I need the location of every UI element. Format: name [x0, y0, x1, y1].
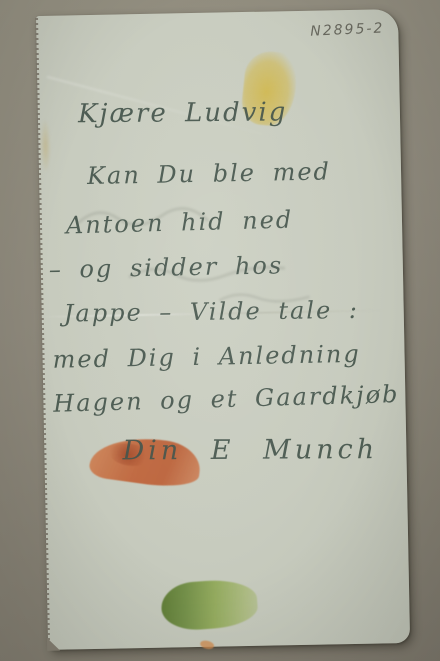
perforated-edge [35, 18, 50, 646]
handwriting-line-1: Kjære Ludvig [78, 97, 288, 129]
signature: Din E Munch [123, 434, 379, 466]
photo-background: N2895-2 Kjære Ludvig Kan Du ble med Anto… [0, 0, 440, 661]
bottom-left-corner-cut [47, 638, 60, 651]
handwriting-line-3: Antoen hid ned [66, 206, 294, 240]
letter-paper: N2895-2 Kjære Ludvig Kan Du ble med Anto… [36, 9, 410, 650]
paper-stain [40, 120, 51, 172]
handwriting-line-5: Jappe – Vilde tale : [64, 296, 359, 328]
handwriting-line-6: med Dig i Anledning [52, 340, 361, 374]
handwriting-line-2: Kan Du ble med [87, 157, 331, 190]
catalog-inscription: N2895-2 [310, 20, 385, 39]
orange-paint-speck [199, 639, 214, 650]
handwriting-line-7: Hagen og et Gaardkjøb [53, 380, 400, 418]
handwriting-line-4: – og sidder hos [49, 251, 284, 283]
green-paint-smudge [160, 577, 259, 632]
